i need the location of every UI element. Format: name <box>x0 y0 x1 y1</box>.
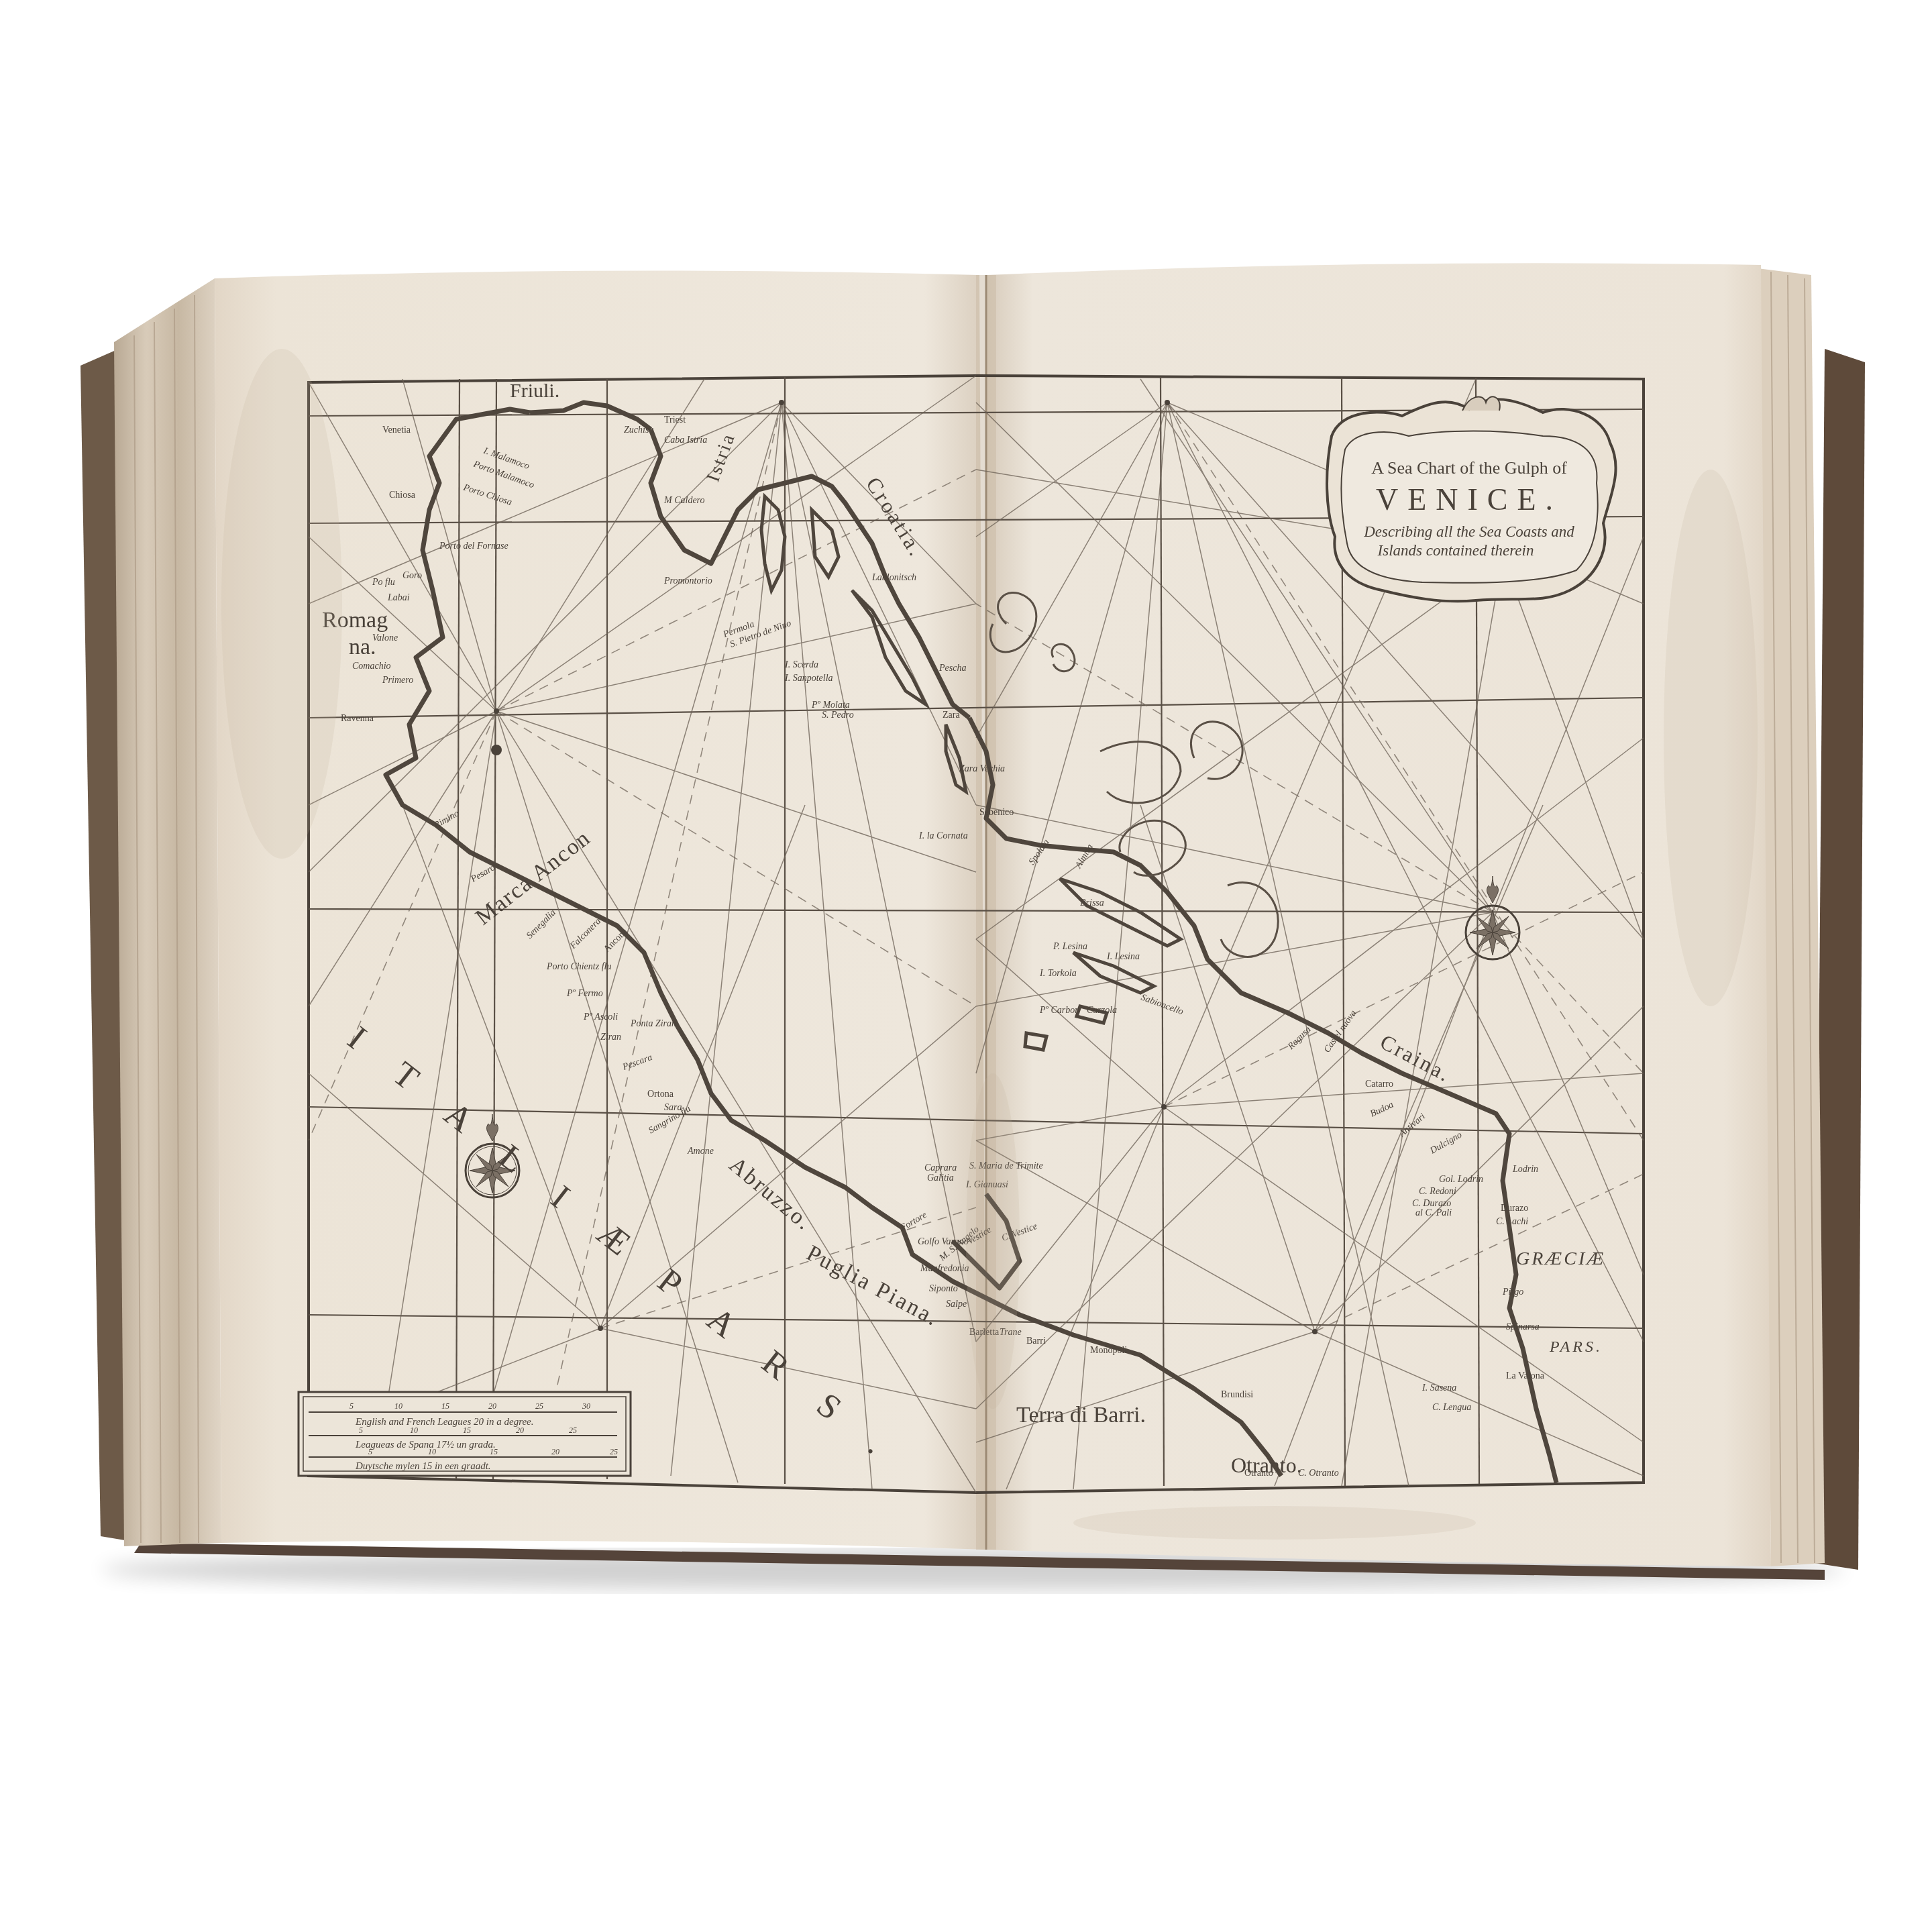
region-graeciae: GRÆCIÆ <box>1516 1248 1605 1269</box>
place-primero: Primero <box>382 676 413 686</box>
place-monopoli: Monopoli <box>1090 1346 1127 1356</box>
scale1-tick: 10 <box>394 1401 402 1411</box>
scale1-tick: 20 <box>488 1401 496 1411</box>
region-terra-di-barri: Terra di Barri. <box>1016 1403 1146 1428</box>
cartouche-line-1: A Sea Chart of the Gulph of <box>1371 458 1567 478</box>
place-lablonitsch: Lablonitsch <box>871 573 916 583</box>
scale1-tick: 15 <box>441 1401 449 1411</box>
place-otranto-town: Otranto <box>1244 1468 1273 1479</box>
place-i-sanpotella: I. Sanpotella <box>784 674 833 684</box>
place-chiosa: Chiosa <box>389 490 416 500</box>
place-pirgo: Pirgo <box>1502 1287 1523 1297</box>
scale2-tick: 15 <box>463 1426 471 1435</box>
place-ponta-ziran: Ponta Ziran <box>630 1019 676 1029</box>
scale3-tick: 20 <box>551 1447 559 1456</box>
place-zuchisa: Zuchisa <box>624 425 653 435</box>
place-promontorio: Promontorio <box>663 576 712 586</box>
place-curzola: Curzola <box>1087 1006 1117 1016</box>
place-barri: Barri <box>1026 1336 1046 1346</box>
place-porto-chientz-flu: Porto Chientz flu <box>546 962 611 972</box>
region-friuli: Friuli. <box>510 380 559 402</box>
place-salpe: Salpe <box>946 1299 967 1309</box>
place-brundisi: Brundisi <box>1221 1390 1253 1400</box>
place-pescha: Pescha <box>938 663 966 674</box>
place-valone: Valone <box>372 633 398 643</box>
scale2-tick: 25 <box>569 1426 577 1435</box>
place-caprara: Caprara <box>924 1163 957 1173</box>
place-p-lesina: P. Lesina <box>1053 942 1087 952</box>
place-porto-fornase: Porto del Fornase <box>439 541 508 551</box>
place-i-torkola: I. Torkola <box>1039 969 1077 979</box>
place-catarro: Catarro <box>1365 1079 1393 1089</box>
scale1-label: English and French Leagues 20 in a degre… <box>355 1417 534 1428</box>
place-goro: Goro <box>402 571 422 581</box>
title-cartouche: A Sea Chart of the Gulph of VENICE. Desc… <box>1327 396 1616 601</box>
place-c-otranto: C. Otranto <box>1298 1468 1339 1479</box>
place-s-pedro: S. Pedro <box>822 710 854 720</box>
scale2-tick: 5 <box>359 1426 363 1435</box>
place-m-caldero: M Caldero <box>663 496 705 506</box>
cartouche-line-3: Describing all the Sea Coasts and <box>1363 523 1574 540</box>
place-i-sasena: I. Sasena <box>1421 1383 1456 1393</box>
book-photograph: A Sea Chart of the Gulph of VENICE. Desc… <box>0 0 1932 1932</box>
place-durazo: Durazo <box>1501 1203 1528 1214</box>
scale2-tick: 20 <box>516 1426 524 1435</box>
place-gol-lodrin: Gol. Lodrin <box>1439 1175 1483 1185</box>
place-manfredonia: Manfredonia <box>920 1264 969 1274</box>
place-ortona: Ortona <box>647 1089 674 1099</box>
place-galitia: Galitia <box>927 1173 954 1183</box>
scale1-tick: 5 <box>350 1401 354 1411</box>
scale3-tick: 25 <box>610 1447 618 1456</box>
page-edges-left <box>114 278 221 1546</box>
scale3-tick: 10 <box>428 1447 436 1456</box>
place-caba-istria: Caba Istria <box>664 435 707 445</box>
place-ziran: Ziran <box>600 1032 621 1042</box>
scale2-label: Leagueas de Spana 17½ un grada. <box>355 1440 496 1450</box>
place-c-durazo: C. Durazo <box>1412 1199 1451 1209</box>
place-siponto: Siponto <box>929 1284 958 1294</box>
scale1-tick: 30 <box>582 1401 590 1411</box>
place-la-valona: La Valona <box>1506 1371 1545 1381</box>
place-venetia: Venetia <box>382 425 411 435</box>
place-sebenico: Sebenico <box>979 808 1014 818</box>
place-po-fermo: Pº Fermo <box>566 989 603 999</box>
place-po-ascoli: Pº Ascoli <box>583 1012 618 1022</box>
place-amone: Amone <box>687 1146 714 1157</box>
place-i-scerda: I. Scerda <box>784 660 818 670</box>
place-c-redoni: C. Redoni <box>1419 1187 1456 1197</box>
place-po-molata: Pº Molata <box>811 700 850 710</box>
cartouche-title: VENICE. <box>1376 482 1562 517</box>
place-zara-vechia: Zara Vechia <box>959 764 1005 774</box>
scale3-tick: 5 <box>368 1447 372 1456</box>
region-pars: PARS. <box>1549 1338 1603 1356</box>
place-zara: Zara <box>943 710 960 720</box>
scale2-tick: 10 <box>410 1426 418 1435</box>
place-la-cornata: I. la Cornata <box>918 831 968 841</box>
place-brissa: Brissa <box>1080 898 1104 908</box>
place-i-lesina: I. Lesina <box>1106 952 1140 962</box>
place-ravenna: Ravenna <box>341 714 374 724</box>
place-labai: Labai <box>387 593 410 603</box>
place-lodrin: Lodrin <box>1512 1165 1538 1175</box>
scale1-tick: 25 <box>535 1401 543 1411</box>
place-comachio: Comachio <box>352 661 391 672</box>
place-po-flu: Po flu <box>372 578 395 588</box>
place-al-c-pali: al C. Pali <box>1415 1208 1452 1218</box>
place-triest: Triest <box>664 415 686 425</box>
place-po-carbon: Pº Carbon <box>1039 1006 1079 1016</box>
cartouche-line-4: Islands contained therein <box>1377 542 1534 559</box>
place-c-lachi: C. Lachi <box>1496 1217 1528 1227</box>
scale3-tick: 15 <box>490 1447 498 1456</box>
scale3-label: Duytsche mylen 15 in een graadt. <box>355 1461 491 1472</box>
place-spinarsa: Spinarsa <box>1506 1322 1540 1332</box>
scale-of-leagues: 5 10 15 20 25 30 English and French Leag… <box>299 1392 631 1476</box>
place-c-lengua: C. Lengua <box>1432 1403 1471 1413</box>
